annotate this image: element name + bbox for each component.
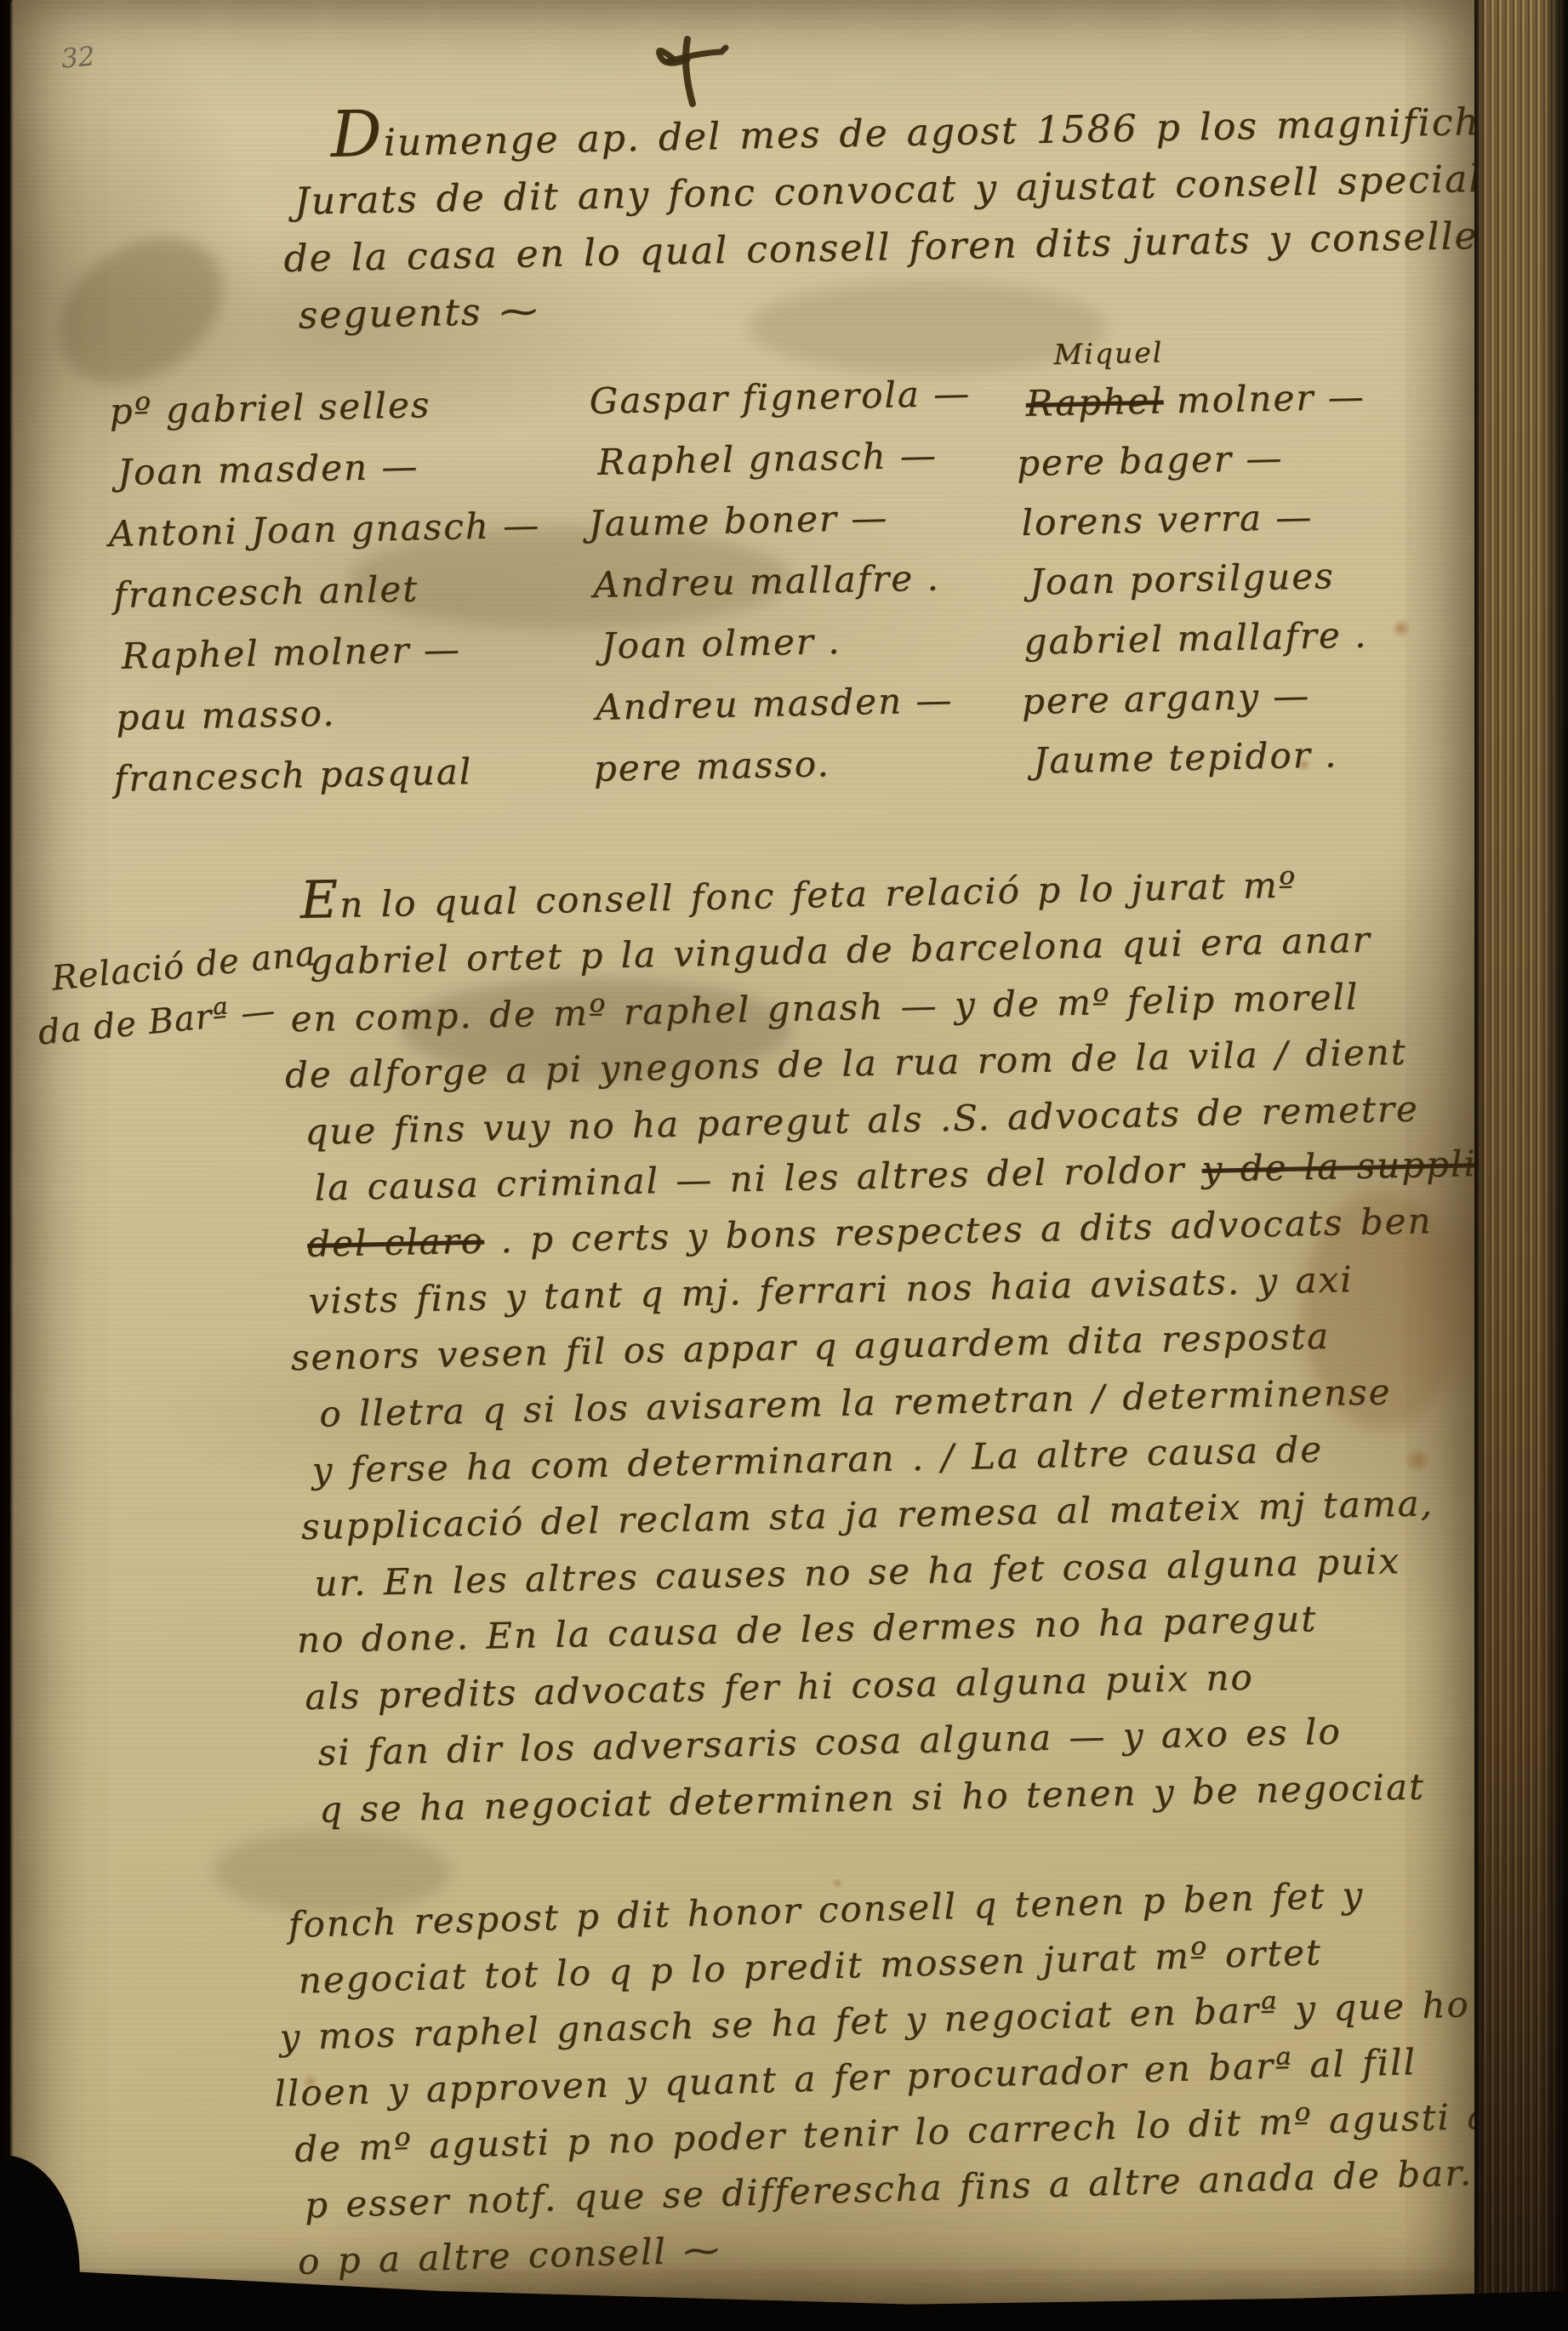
attendee-name: pere argany — xyxy=(1021,664,1371,732)
attendee-name: Antoni Joan gnasch — xyxy=(108,494,541,565)
attendee-name: lorens verra — xyxy=(1021,486,1368,553)
attendee-name: Raphel molner — xyxy=(1025,367,1366,433)
attendee-name: Gaspar fignerola — xyxy=(589,363,972,432)
body-paragraph-2: fonch respost p dit honor consell q tene… xyxy=(288,1863,1527,2290)
attendee-column-3: MiquelRaphel molner —pere bager —lorens … xyxy=(1018,329,1373,790)
attendee-name: Joan olmer . xyxy=(601,608,977,677)
body-paragraph-1: En lo qual consell fonc feta relació p l… xyxy=(299,847,1548,1838)
attendee-name: gabriel mallafre . xyxy=(1023,605,1371,672)
attendee-column-2: Gaspar fignerola —Raphel gnasch —Jaume b… xyxy=(589,363,979,800)
attendee-name: Andreu masden — xyxy=(596,670,978,738)
attendee-name: Raphel molner — xyxy=(121,617,544,687)
folio-number: 32 xyxy=(60,41,96,74)
manuscript-scan: 32 Diumenge ap. del mes de agost 1586 p … xyxy=(0,0,1568,2331)
struck-text: Raphel xyxy=(1025,379,1164,424)
struck-text: y de la suppli xyxy=(1201,1143,1477,1190)
attendee-name: francesch pasqual xyxy=(113,739,546,810)
attendee-name: pere masso. xyxy=(593,731,979,800)
binding-shadow xyxy=(0,0,14,2331)
attendee-name: Jaume boner — xyxy=(588,486,974,555)
book-fore-edge xyxy=(1474,0,1568,2331)
attendee-column-1: pº gabriel sellesJoan masden —Antoni Joa… xyxy=(109,372,546,809)
attendee-name: pº gabriel selles xyxy=(109,372,539,442)
attendee-name: francesch anlet xyxy=(113,556,543,626)
attendee-name: pere bager — xyxy=(1016,426,1366,493)
attendee-name: Joan porsilgues xyxy=(1029,545,1369,612)
attendee-name: Joan masden — xyxy=(117,433,540,503)
attendee-name: pau masso. xyxy=(116,678,545,749)
struck-text: del claro xyxy=(307,1220,485,1265)
session-header: Diumenge ap. del mes de agost 1586 p los… xyxy=(281,84,1502,345)
attendee-name: Raphel gnasch — xyxy=(597,425,973,493)
attendee-name: Jaume tepidor . xyxy=(1033,724,1373,790)
attendee-name: Andreu mallafre . xyxy=(593,547,976,616)
attendee-name: Miquel xyxy=(1053,329,1365,373)
